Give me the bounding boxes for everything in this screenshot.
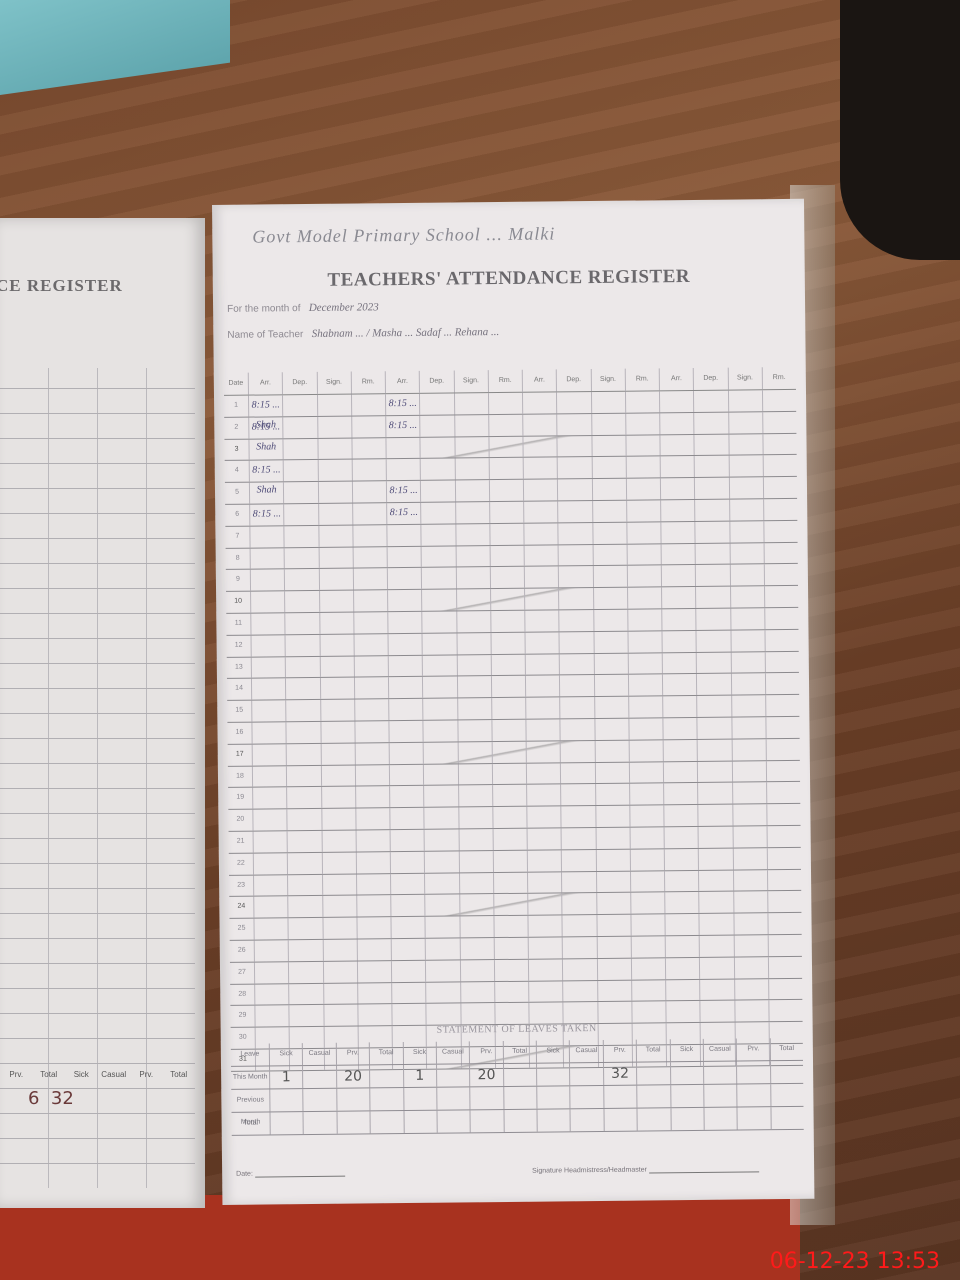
- attendance-cell: [389, 743, 423, 764]
- attendance-cell: [595, 828, 629, 849]
- attendance-cell: [558, 566, 592, 587]
- attendance-cell: [665, 979, 699, 1000]
- attendance-cell: [287, 874, 321, 895]
- lp-header: Prv.: [130, 1070, 163, 1079]
- attendance-cell: [388, 699, 422, 720]
- attendance-cell: [455, 502, 489, 523]
- attendance-cell: [250, 548, 284, 569]
- leaves-cell: 1: [269, 1066, 303, 1088]
- date-cell: 29: [230, 1006, 254, 1027]
- date-cell: 3: [224, 439, 248, 460]
- leaves-cell: [703, 1062, 737, 1084]
- attendance-cell: [660, 478, 694, 499]
- attendance-cell: [730, 586, 764, 607]
- month-value: December 2023: [309, 301, 379, 314]
- attendance-cell: [767, 869, 801, 890]
- attendance-cell: [768, 978, 802, 999]
- attendance-cell: [490, 611, 524, 632]
- left-page-footer-headers: Prv. Total Sick Casual Prv. Total: [0, 1070, 195, 1079]
- attendance-cell: [729, 543, 763, 564]
- attendance-cell: [457, 742, 491, 763]
- attendance-cell: [459, 916, 493, 937]
- attendance-cell: [558, 545, 592, 566]
- attendance-cell: [356, 895, 390, 916]
- attendance-cell: [285, 656, 319, 677]
- column-header: Rm.: [351, 371, 385, 393]
- attendance-cell: [355, 808, 389, 829]
- date-cell: 6: [225, 505, 249, 526]
- attendance-cell: [559, 675, 593, 696]
- attendance-cell: [695, 521, 729, 542]
- leaves-cell: [670, 1062, 704, 1084]
- leaves-header: Leave: [231, 1043, 269, 1065]
- attendance-cell: [389, 764, 423, 785]
- attendance-cell: [492, 829, 526, 850]
- attendance-cell: 8:15 ... Shah: [249, 461, 283, 482]
- attendance-cell: [627, 653, 661, 674]
- column-header: Arr.: [385, 371, 419, 393]
- leaves-cell: [303, 1112, 337, 1134]
- attendance-cell: [355, 765, 389, 786]
- leaves-cell: [703, 1085, 737, 1107]
- attendance-cell: [625, 413, 659, 434]
- attendance-cell: [626, 479, 660, 500]
- attendance-cell: [288, 962, 322, 983]
- attendance-cell: [489, 480, 523, 501]
- attendance-cell: [318, 547, 352, 568]
- attendance-cell: [492, 763, 526, 784]
- attendance-cell: [457, 764, 491, 785]
- attendance-cell: [525, 654, 559, 675]
- attendance-cell: [320, 765, 354, 786]
- attendance-cell: [458, 807, 492, 828]
- attendance-cell: [662, 718, 696, 739]
- attendance-cell: [695, 543, 729, 564]
- attendance-cell: [662, 653, 696, 674]
- attendance-cell: [561, 828, 595, 849]
- attendance-cell: [424, 873, 458, 894]
- leaves-cell: [436, 1087, 470, 1109]
- attendance-cell: [456, 589, 490, 610]
- attendance-cell: [590, 392, 624, 413]
- attendance-cell: [353, 612, 387, 633]
- attendance-cell: [284, 547, 318, 568]
- attendance-cell: [594, 740, 628, 761]
- attendance-cell: [696, 674, 730, 695]
- attendance-cell: [626, 522, 660, 543]
- attendance-cell: [563, 1002, 597, 1023]
- attendance-cell: [321, 809, 355, 830]
- attendance-cell: [764, 586, 798, 607]
- attendance-cell: [627, 587, 661, 608]
- attendance-cell: [390, 917, 424, 938]
- attendance-cell: [765, 695, 799, 716]
- attendance-cell: [768, 1000, 802, 1021]
- attendance-cell: [422, 611, 456, 632]
- attendance-cell: [251, 700, 285, 721]
- attendance-cell: [661, 565, 695, 586]
- attendance-cell: [351, 460, 385, 481]
- attendance-cell: [391, 961, 425, 982]
- attendance-cell: [353, 634, 387, 655]
- attendance-cell: 8:15 ...: [386, 481, 420, 502]
- attendance-cell: [283, 460, 317, 481]
- attendance-cell: [457, 698, 491, 719]
- attendance-cell: [527, 872, 561, 893]
- lp-header: Total: [33, 1070, 66, 1079]
- date-cell: 21: [229, 832, 253, 853]
- attendance-cell: [419, 415, 453, 436]
- attendance-cell: [492, 785, 526, 806]
- attendance-cell: [596, 871, 630, 892]
- attendance-cell: [661, 631, 695, 652]
- attendance-cell: [730, 674, 764, 695]
- attendance-cell: [765, 717, 799, 738]
- attendance-cell: [629, 762, 663, 783]
- attendance-cell: [592, 566, 626, 587]
- attendance-cell: [732, 848, 766, 869]
- attendance-cell: [420, 437, 454, 458]
- attendance-cell: [423, 742, 457, 763]
- attendance-cell: [662, 674, 696, 695]
- attendance-cell: [322, 939, 356, 960]
- date-cell: 28: [230, 984, 254, 1005]
- date-cell: 2: [224, 417, 248, 438]
- lp-header: Prv.: [0, 1070, 33, 1079]
- leaves-cell: [636, 1062, 670, 1084]
- attendance-cell: [663, 783, 697, 804]
- leaves-cell: [470, 1110, 504, 1132]
- attendance-cell: [660, 500, 694, 521]
- attendance-cell: [489, 545, 523, 566]
- attendance-cell: [696, 630, 730, 651]
- attendance-cell: [592, 501, 626, 522]
- attendance-cell: [318, 569, 352, 590]
- attendance-cell: [631, 980, 665, 1001]
- attendance-cell: [284, 526, 318, 547]
- leaves-header: Sick: [536, 1040, 570, 1062]
- attendance-cell: [696, 652, 730, 673]
- attendance-cell: [700, 1001, 734, 1022]
- attendance-cell: [592, 544, 626, 565]
- leaves-cell: [770, 1107, 804, 1129]
- attendance-cell: [631, 958, 665, 979]
- attendance-cell: [250, 591, 284, 612]
- attendance-cell: [424, 808, 458, 829]
- attendance-cell: 8:15 ...: [385, 416, 419, 437]
- attendance-cell: [664, 870, 698, 891]
- attendance-cell: [458, 829, 492, 850]
- attendance-cell: [390, 895, 424, 916]
- attendance-cell: [454, 459, 488, 480]
- attendance-cell: [663, 740, 697, 761]
- attendance-cell: [456, 633, 490, 654]
- leaves-cell: [503, 1064, 537, 1086]
- attendance-cell: [318, 504, 352, 525]
- attendance-cell: [663, 805, 697, 826]
- attendance-cell: [494, 1003, 528, 1024]
- attendance-cell: [353, 569, 387, 590]
- attendance-cell: [699, 914, 733, 935]
- attendance-cell: [528, 937, 562, 958]
- leaves-cell: [637, 1108, 671, 1130]
- attendance-cell: [556, 392, 590, 413]
- attendance-cell: [528, 1003, 562, 1024]
- attendance-cell: [389, 808, 423, 829]
- left-page: CE REGISTER Prv. Total Sick Casual Prv. …: [0, 218, 205, 1208]
- attendance-cell: [456, 676, 490, 697]
- attendance-cell: [488, 458, 522, 479]
- month-label: For the month of: [227, 303, 300, 315]
- attendance-cell: [459, 938, 493, 959]
- date-cell: 11: [226, 614, 250, 635]
- attendance-cell: [766, 826, 800, 847]
- attendance-cell: [732, 804, 766, 825]
- date-line: [255, 1176, 345, 1178]
- school-name: Govt Model Primary School ... Malki: [252, 223, 555, 247]
- attendance-cell: [253, 918, 287, 939]
- attendance-cell: [391, 982, 425, 1003]
- attendance-cell: [699, 979, 733, 1000]
- leaves-cell: [503, 1110, 537, 1132]
- attendance-cell: [252, 809, 286, 830]
- attendance-cell: [493, 916, 527, 937]
- attendance-cell: [525, 719, 559, 740]
- attendance-cell: [732, 826, 766, 847]
- attendance-cell: [388, 677, 422, 698]
- attendance-cell: [489, 524, 523, 545]
- date-cell: 9: [226, 570, 250, 591]
- attendance-cell: [559, 632, 593, 653]
- leaves-cell: [536, 1086, 570, 1108]
- leaves-row-label: Previous Month: [231, 1089, 269, 1111]
- attendance-cell: [455, 524, 489, 545]
- attendance-cell: [524, 610, 558, 631]
- attendance-cell: [355, 830, 389, 851]
- attendance-cell: [562, 915, 596, 936]
- leaves-cell: [536, 1109, 570, 1131]
- leaves-cell: [536, 1063, 570, 1085]
- attendance-cell: [732, 870, 766, 891]
- attendance-cell: [491, 676, 525, 697]
- attendance-cell: [523, 523, 557, 544]
- attendance-cell: [354, 721, 388, 742]
- attendance-cell: [733, 892, 767, 913]
- attendance-cell: [282, 395, 316, 416]
- leaves-cell: [736, 1061, 770, 1083]
- attendance-cell: 8:15 ... Shah: [248, 417, 282, 438]
- attendance-cell: [698, 827, 732, 848]
- attendance-cell: [458, 785, 492, 806]
- attendance-cell: [766, 760, 800, 781]
- column-header: Sign.: [590, 369, 624, 391]
- attendance-cell: [765, 673, 799, 694]
- leaves-header: Total: [769, 1038, 803, 1060]
- leaves-header: Prv.: [603, 1040, 637, 1062]
- attendance-cell: [694, 478, 728, 499]
- attendance-cell: [763, 542, 797, 563]
- attendance-cell: [459, 873, 493, 894]
- attendance-cell: [630, 936, 664, 957]
- register-title: TEACHERS' ATTENDANCE REGISTER: [213, 265, 805, 293]
- attendance-cell: [733, 913, 767, 934]
- attendance-cell: [596, 958, 630, 979]
- attendance-cell: [694, 500, 728, 521]
- attendance-cell: [252, 766, 286, 787]
- attendance-cell: [698, 848, 732, 869]
- attendance-cell: [356, 939, 390, 960]
- attendance-cell: [491, 698, 525, 719]
- leaves-cell: 32: [603, 1063, 637, 1085]
- attendance-cell: [628, 675, 662, 696]
- attendance-cell: [490, 633, 524, 654]
- lp-header: Sick: [65, 1070, 98, 1079]
- attendance-cell: [488, 436, 522, 457]
- attendance-cell: [561, 806, 595, 827]
- leaves-cell: 20: [469, 1064, 503, 1086]
- attendance-cell: [729, 521, 763, 542]
- attendance-cell: [455, 567, 489, 588]
- attendance-cell: [426, 1004, 460, 1025]
- attendance-cell: [316, 395, 350, 416]
- attendance-cell: [522, 392, 556, 413]
- attendance-cell: [594, 762, 628, 783]
- attendance-cell: [694, 434, 728, 455]
- attendance-cell: [356, 917, 390, 938]
- leaves-cell: [636, 1085, 670, 1107]
- attendance-cell: [597, 1002, 631, 1023]
- attendance-cell: [248, 439, 282, 460]
- date-cell: 8: [226, 548, 250, 569]
- attendance-cell: [284, 591, 318, 612]
- leaves-cell: [436, 1110, 470, 1132]
- column-header: Sign.: [453, 370, 487, 392]
- attendance-cell: [696, 696, 730, 717]
- attendance-cell: [317, 438, 351, 459]
- attendance-cell: [390, 852, 424, 873]
- attendance-cell: [767, 935, 801, 956]
- attendance-cell: [285, 635, 319, 656]
- attendance-cell: [490, 567, 524, 588]
- timestamp-overlay: 06-12-23 13:53: [770, 1249, 940, 1274]
- attendance-cell: [659, 413, 693, 434]
- attendance-cell: [595, 806, 629, 827]
- attendance-cell: [285, 613, 319, 634]
- attendance-cell: [321, 787, 355, 808]
- attendance-cell: [390, 830, 424, 851]
- attendance-cell: [422, 677, 456, 698]
- date-cell: 25: [229, 919, 253, 940]
- attendance-cell: [322, 918, 356, 939]
- attendance-cell: [627, 631, 661, 652]
- attendance-cell: [319, 678, 353, 699]
- attendance-cell: [388, 634, 422, 655]
- leaves-cell: [770, 1084, 804, 1106]
- attendance-cell: [421, 568, 455, 589]
- attendance-cell: [386, 459, 420, 480]
- date-cell: 1: [224, 396, 248, 417]
- attendance-cell: [522, 436, 556, 457]
- attendance-cell: [457, 720, 491, 741]
- attendance-cell: [321, 852, 355, 873]
- attendance-cell: [286, 765, 320, 786]
- attendance-cell: [559, 697, 593, 718]
- leaves-cell: [570, 1086, 604, 1108]
- attendance-cell: [665, 1001, 699, 1022]
- attendance-cell: [630, 914, 664, 935]
- attendance-cell: [661, 587, 695, 608]
- attendance-cell: [764, 564, 798, 585]
- attendance-cell: [287, 896, 321, 917]
- attendance-cell: [562, 981, 596, 1002]
- attendance-cell: [283, 504, 317, 525]
- attendance-cell: [593, 610, 627, 631]
- attendance-cell: [523, 458, 557, 479]
- attendance-cell: [764, 608, 798, 629]
- attendance-cell: 8:15 ...: [249, 504, 283, 525]
- attendance-cell: [699, 936, 733, 957]
- attendance-cell: 8:15 ... Shah: [248, 395, 282, 416]
- column-header: Dep.: [419, 370, 453, 392]
- date-cell: 17: [228, 744, 252, 765]
- dark-object: [840, 0, 960, 260]
- leaves-row-label: This Month: [231, 1066, 269, 1088]
- leaves-cell: [503, 1087, 537, 1109]
- attendance-cell: [357, 1004, 391, 1025]
- teacher-label: Name of Teacher: [227, 329, 303, 341]
- leaves-header: Prv.: [469, 1041, 503, 1063]
- attendance-cell: [423, 786, 457, 807]
- leaves-cell: [770, 1061, 804, 1083]
- attendance-cell: [420, 459, 454, 480]
- attendance-cell: [494, 959, 528, 980]
- attendance-cell: [491, 720, 525, 741]
- attendance-cell: [698, 805, 732, 826]
- attendance-cell: [456, 611, 490, 632]
- attendance-cell: [391, 1004, 425, 1025]
- date-cell: 16: [227, 723, 251, 744]
- attendance-cell: [664, 827, 698, 848]
- attendance-cell: [768, 957, 802, 978]
- attendance-cell: [591, 435, 625, 456]
- attendance-cell: [387, 546, 421, 567]
- attendance-cell: [767, 913, 801, 934]
- attendance-cell: [731, 695, 765, 716]
- date-cell: 23: [229, 875, 253, 896]
- date-cell: 10: [226, 592, 250, 613]
- attendance-cell: [665, 936, 699, 957]
- date-cell: 14: [227, 679, 251, 700]
- attendance-cell: [557, 501, 591, 522]
- attendance-cell: [762, 412, 796, 433]
- attendance-cell: [353, 656, 387, 677]
- attendance-cell: [627, 566, 661, 587]
- attendance-cell: [561, 893, 595, 914]
- attendance-cell: [490, 589, 524, 610]
- attendance-cell: [287, 831, 321, 852]
- attendance-cell: [425, 917, 459, 938]
- attendance-cell: [729, 499, 763, 520]
- attendance-cell: [694, 456, 728, 477]
- attendance-cell: [596, 915, 630, 936]
- attendance-cell: [730, 652, 764, 673]
- attendance-cell: [556, 414, 590, 435]
- attendance-cell: [323, 983, 357, 1004]
- attendance-cell: [319, 656, 353, 677]
- attendance-cell: [728, 412, 762, 433]
- date-label: Date:: [236, 1171, 253, 1178]
- leaves-header: Prv.: [336, 1042, 370, 1064]
